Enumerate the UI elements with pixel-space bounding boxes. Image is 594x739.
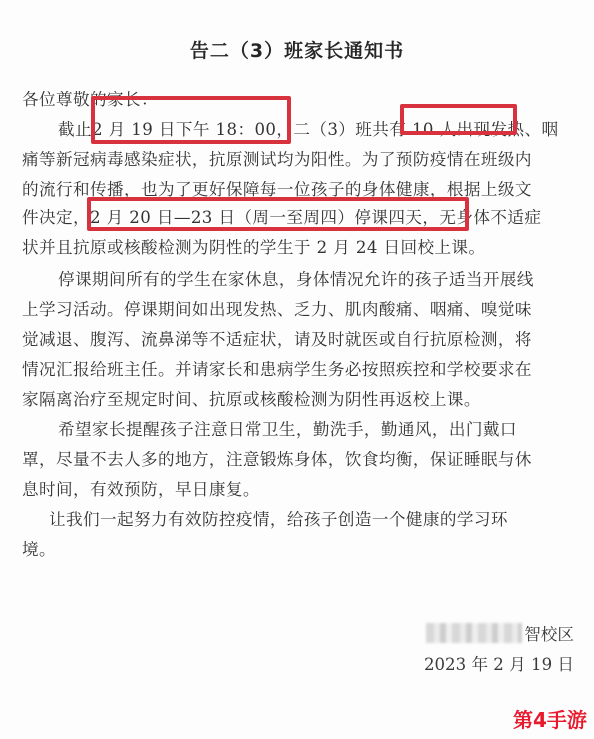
paragraph-1-line-2: 痛等新冠病毒感染症状，抗原测试均为阳性。为了预防疫情在班级内 (22, 146, 532, 170)
paragraph-2-line-3: 觉减退、腹泻、流鼻涕等不适症状，请及时就医或自行抗原检测，将 (22, 326, 532, 350)
highlight-box-case-count (400, 104, 517, 135)
signature-date: 2023 年 2 月 19 日 (424, 651, 574, 675)
highlight-box-suspension-period (87, 197, 469, 231)
document-title: 告二（3）班家长通知书 (0, 36, 594, 63)
redacted-school-name (426, 623, 522, 643)
paragraph-2-line-2: 上学习活动。停课期间如出现发热、乏力、肌肉酸痛、咽痛、嗅觉味 (22, 296, 532, 320)
paragraph-2-line-4: 情况汇报给班主任。并请家长和患病学生务必按照疾控和学校要求在 (22, 356, 532, 380)
school-name-suffix: 智校区 (524, 625, 574, 644)
paragraph-2-line-1: 停课期间所有的学生在家休息，身体情况允许的孩子适当开展线 (58, 266, 534, 290)
paragraph-3-line-3: 息时间，有效预防，早日康复。 (22, 476, 260, 500)
highlight-box-date-time (91, 96, 291, 144)
paragraph-4-line-1: 让我们一起努力有效防控疫情，给孩子创造一个健康的学习环 (49, 506, 508, 530)
paragraph-2-line-5: 家隔离治疗至规定时间、抗原或核酸检测为阴性再返校上课。 (22, 386, 481, 410)
paragraph-3-line-2: 罩，尽量不去人多的地方，注意锻炼身体，饮食均衡，保证睡眠与休 (22, 446, 532, 470)
school-signature: 智校区 (426, 621, 574, 645)
paragraph-4-line-2: 境。 (22, 536, 56, 560)
site-watermark: 第4手游 (513, 704, 587, 733)
notice-page: 告二（3）班家长通知书 各位尊敬的家长： 截止2 月 19 日下午 18：00，… (0, 0, 594, 739)
paragraph-3-line-1: 希望家长提醒孩子注意日常卫生，勤洗手，勤通风，出门戴口 (58, 416, 517, 440)
paragraph-1-line-5: 状并且抗原或核酸检测为阴性的学生于 2 月 24 日回校上课。 (22, 234, 485, 258)
